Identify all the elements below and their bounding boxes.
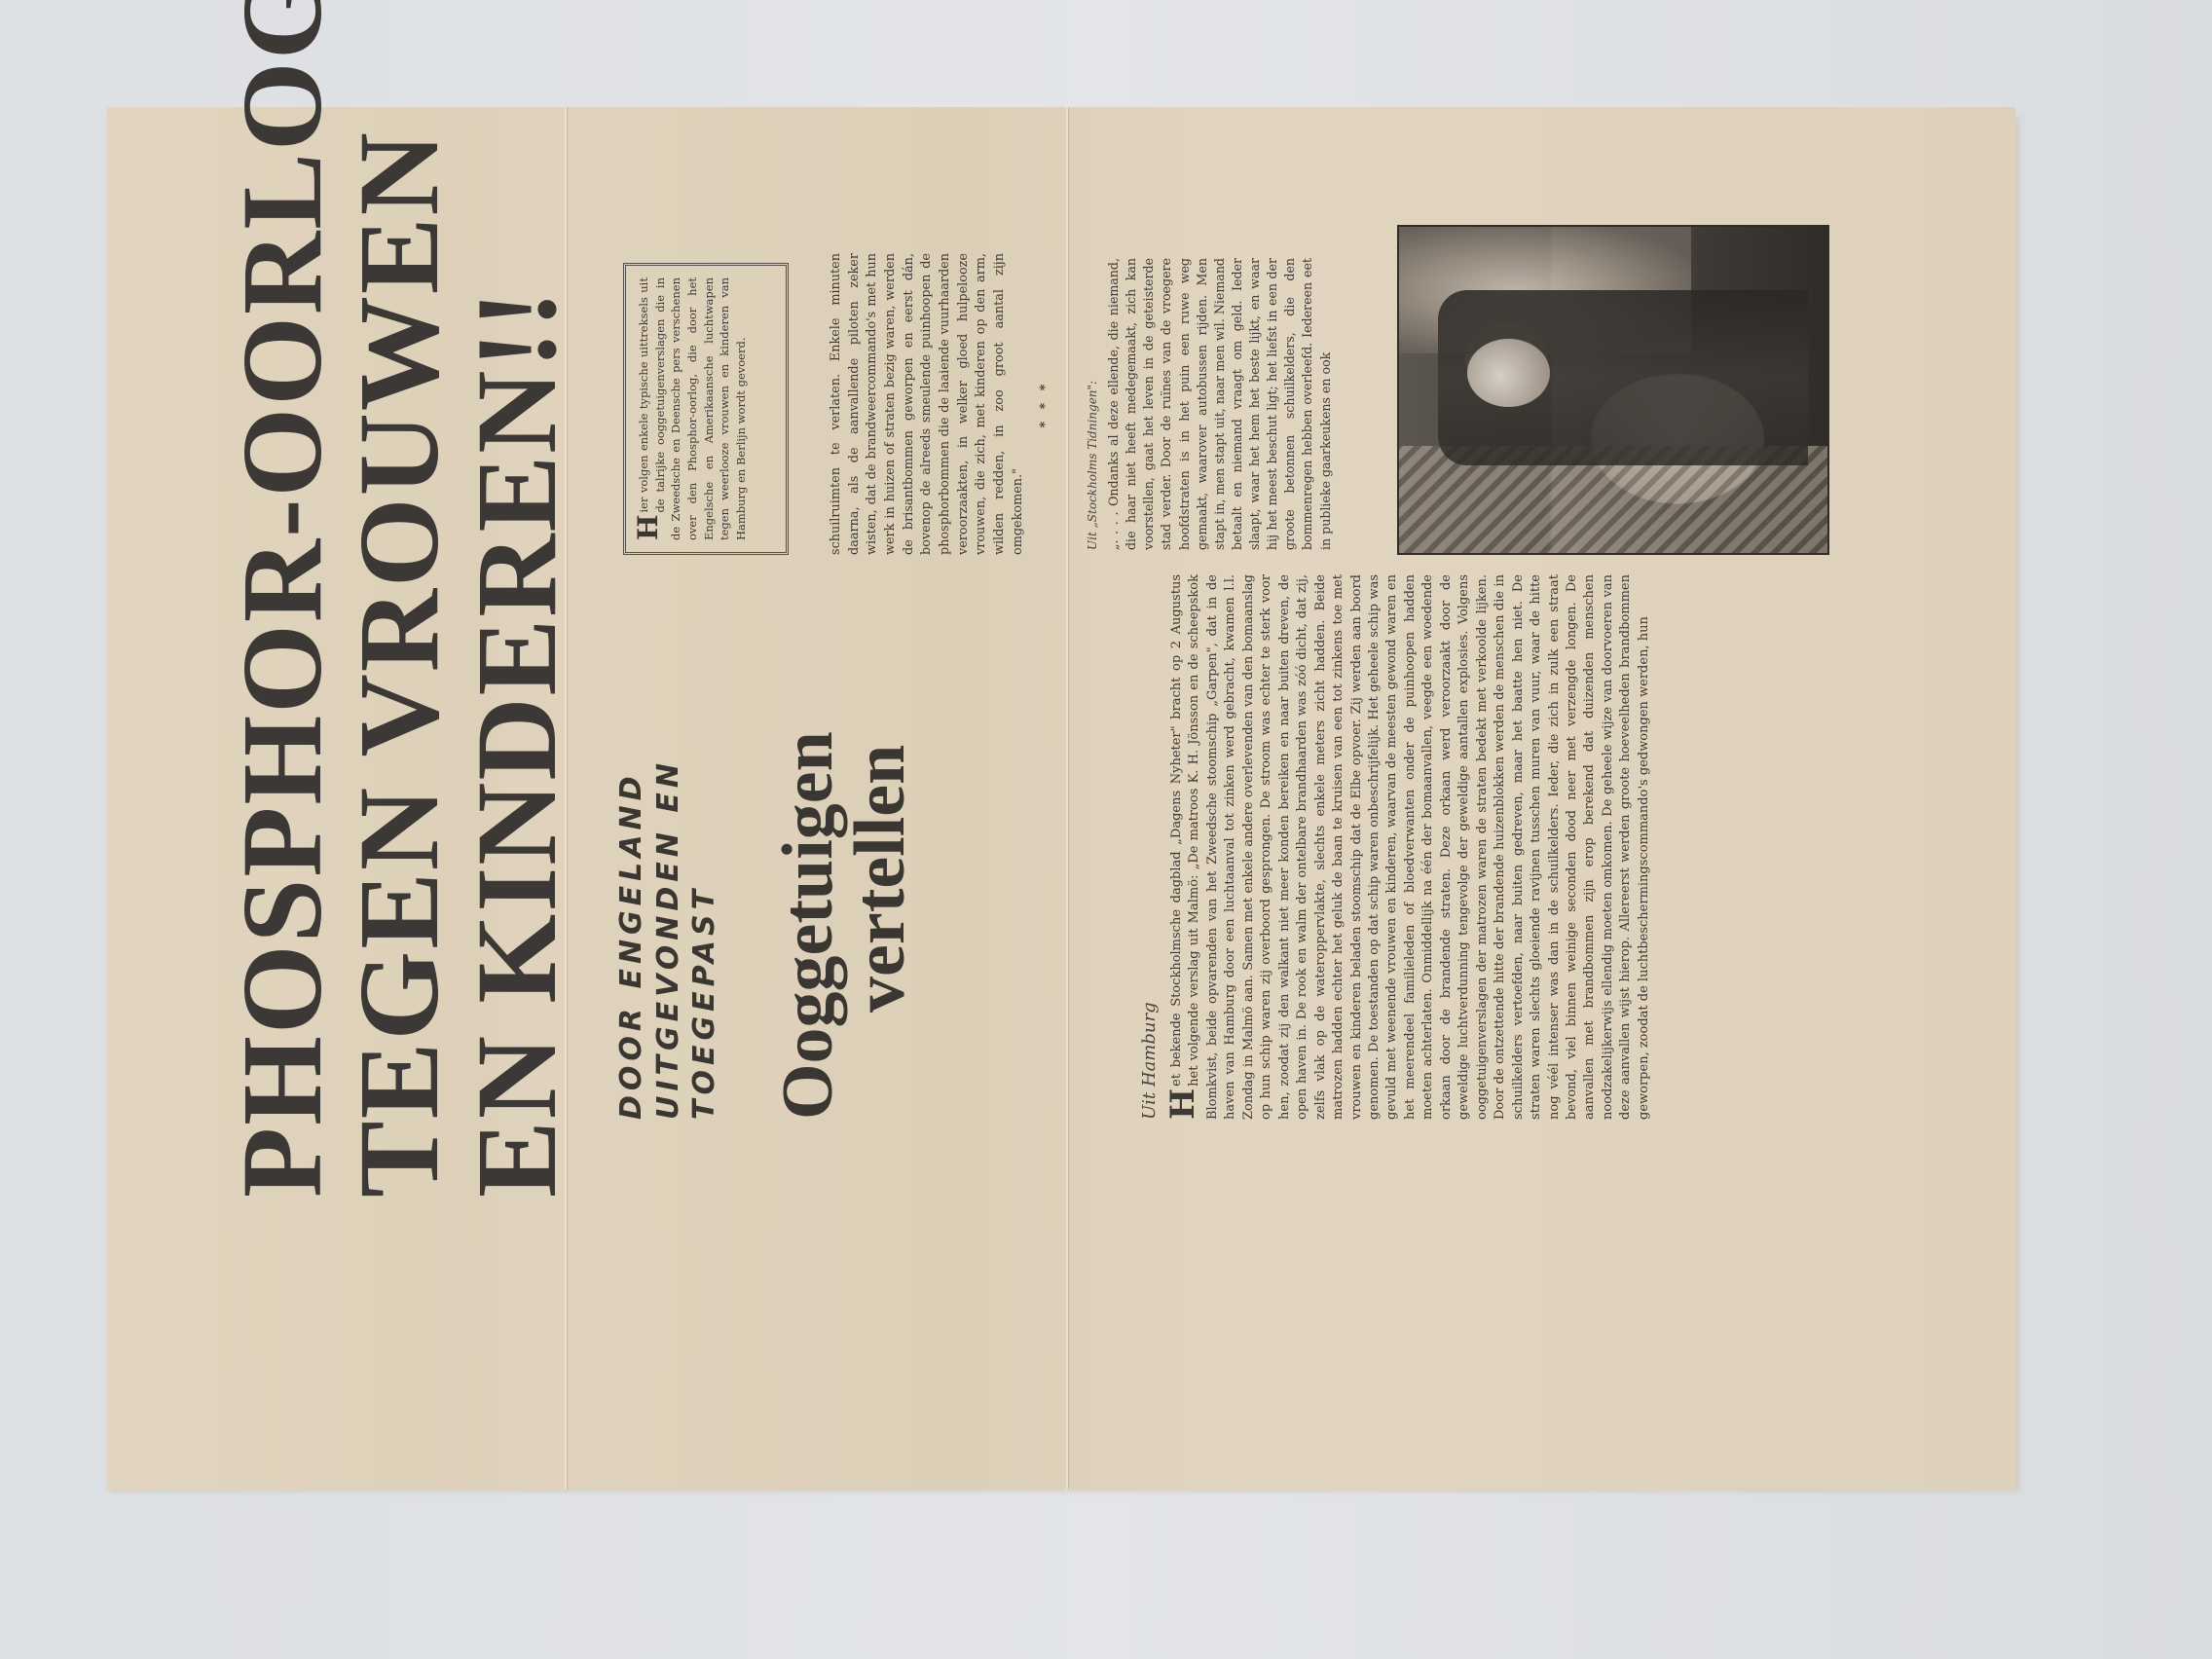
subheadline-line-1: DOOR ENGELAND	[613, 613, 650, 1120]
column-continuation: schuilruimten te verlaten. Enkele minute…	[828, 253, 1065, 555]
article-hamburg-text: et bekende Stockholmsche dagblad „Dagens…	[1169, 574, 1651, 1120]
dropcap: H	[636, 515, 660, 540]
section-title-line-1: Ooggetuigen	[768, 731, 848, 1120]
intro-text: ier volgen enkele typische uittreksels u…	[637, 277, 748, 540]
photo-head	[1467, 339, 1550, 407]
byline-stockholm: Uit „Stockholms Tidningen":	[1086, 381, 1099, 550]
halftone-photo	[1397, 225, 1829, 555]
subheadline-line-2: UITGEVONDEN EN	[650, 613, 687, 1120]
byline-hamburg: Uit Hamburg	[1139, 1002, 1160, 1120]
sub-block: DOOR ENGELAND UITGEVONDEN EN TOEGEPAST O…	[613, 613, 916, 1120]
headline-line-2: TEGEN VROUWEN	[341, 146, 458, 1198]
section-title-line-2: vertellen	[844, 613, 916, 1120]
separator-asterisks: * * *	[1037, 253, 1055, 555]
article-hamburg: H et bekende Stockholmsche dagblad „Dage…	[1168, 574, 1653, 1120]
article-stockholm: „. . . . Ondanks al deze ellende, die ni…	[1105, 258, 1335, 550]
main-headline: PHOSPHOR-OORLOG TEGEN VROUWEN EN KINDERE…	[224, 146, 575, 1198]
headline-line-3: EN KINDEREN!!	[459, 146, 575, 1198]
subheadline-line-3: TOEGEPAST	[686, 613, 723, 1120]
intro-box: H ier volgen enkele typische uittreksels…	[623, 263, 789, 555]
continuation-text: schuilruimten te verlaten. Enkele minute…	[828, 253, 1027, 555]
newspaper-page: PHOSPHOR-OORLOG TEGEN VROUWEN EN KINDERE…	[107, 107, 2015, 1490]
subheadline: DOOR ENGELAND UITGEVONDEN EN TOEGEPAST	[613, 613, 723, 1120]
headline-line-1: PHOSPHOR-OORLOG	[224, 146, 341, 1198]
article-stockholm-text: „. . . . Ondanks al deze ellende, die ni…	[1106, 258, 1333, 550]
section-title: Ooggetuigen vertellen	[772, 613, 916, 1120]
dropcap: H	[1168, 1088, 1198, 1120]
fold-line	[1066, 107, 1068, 1490]
